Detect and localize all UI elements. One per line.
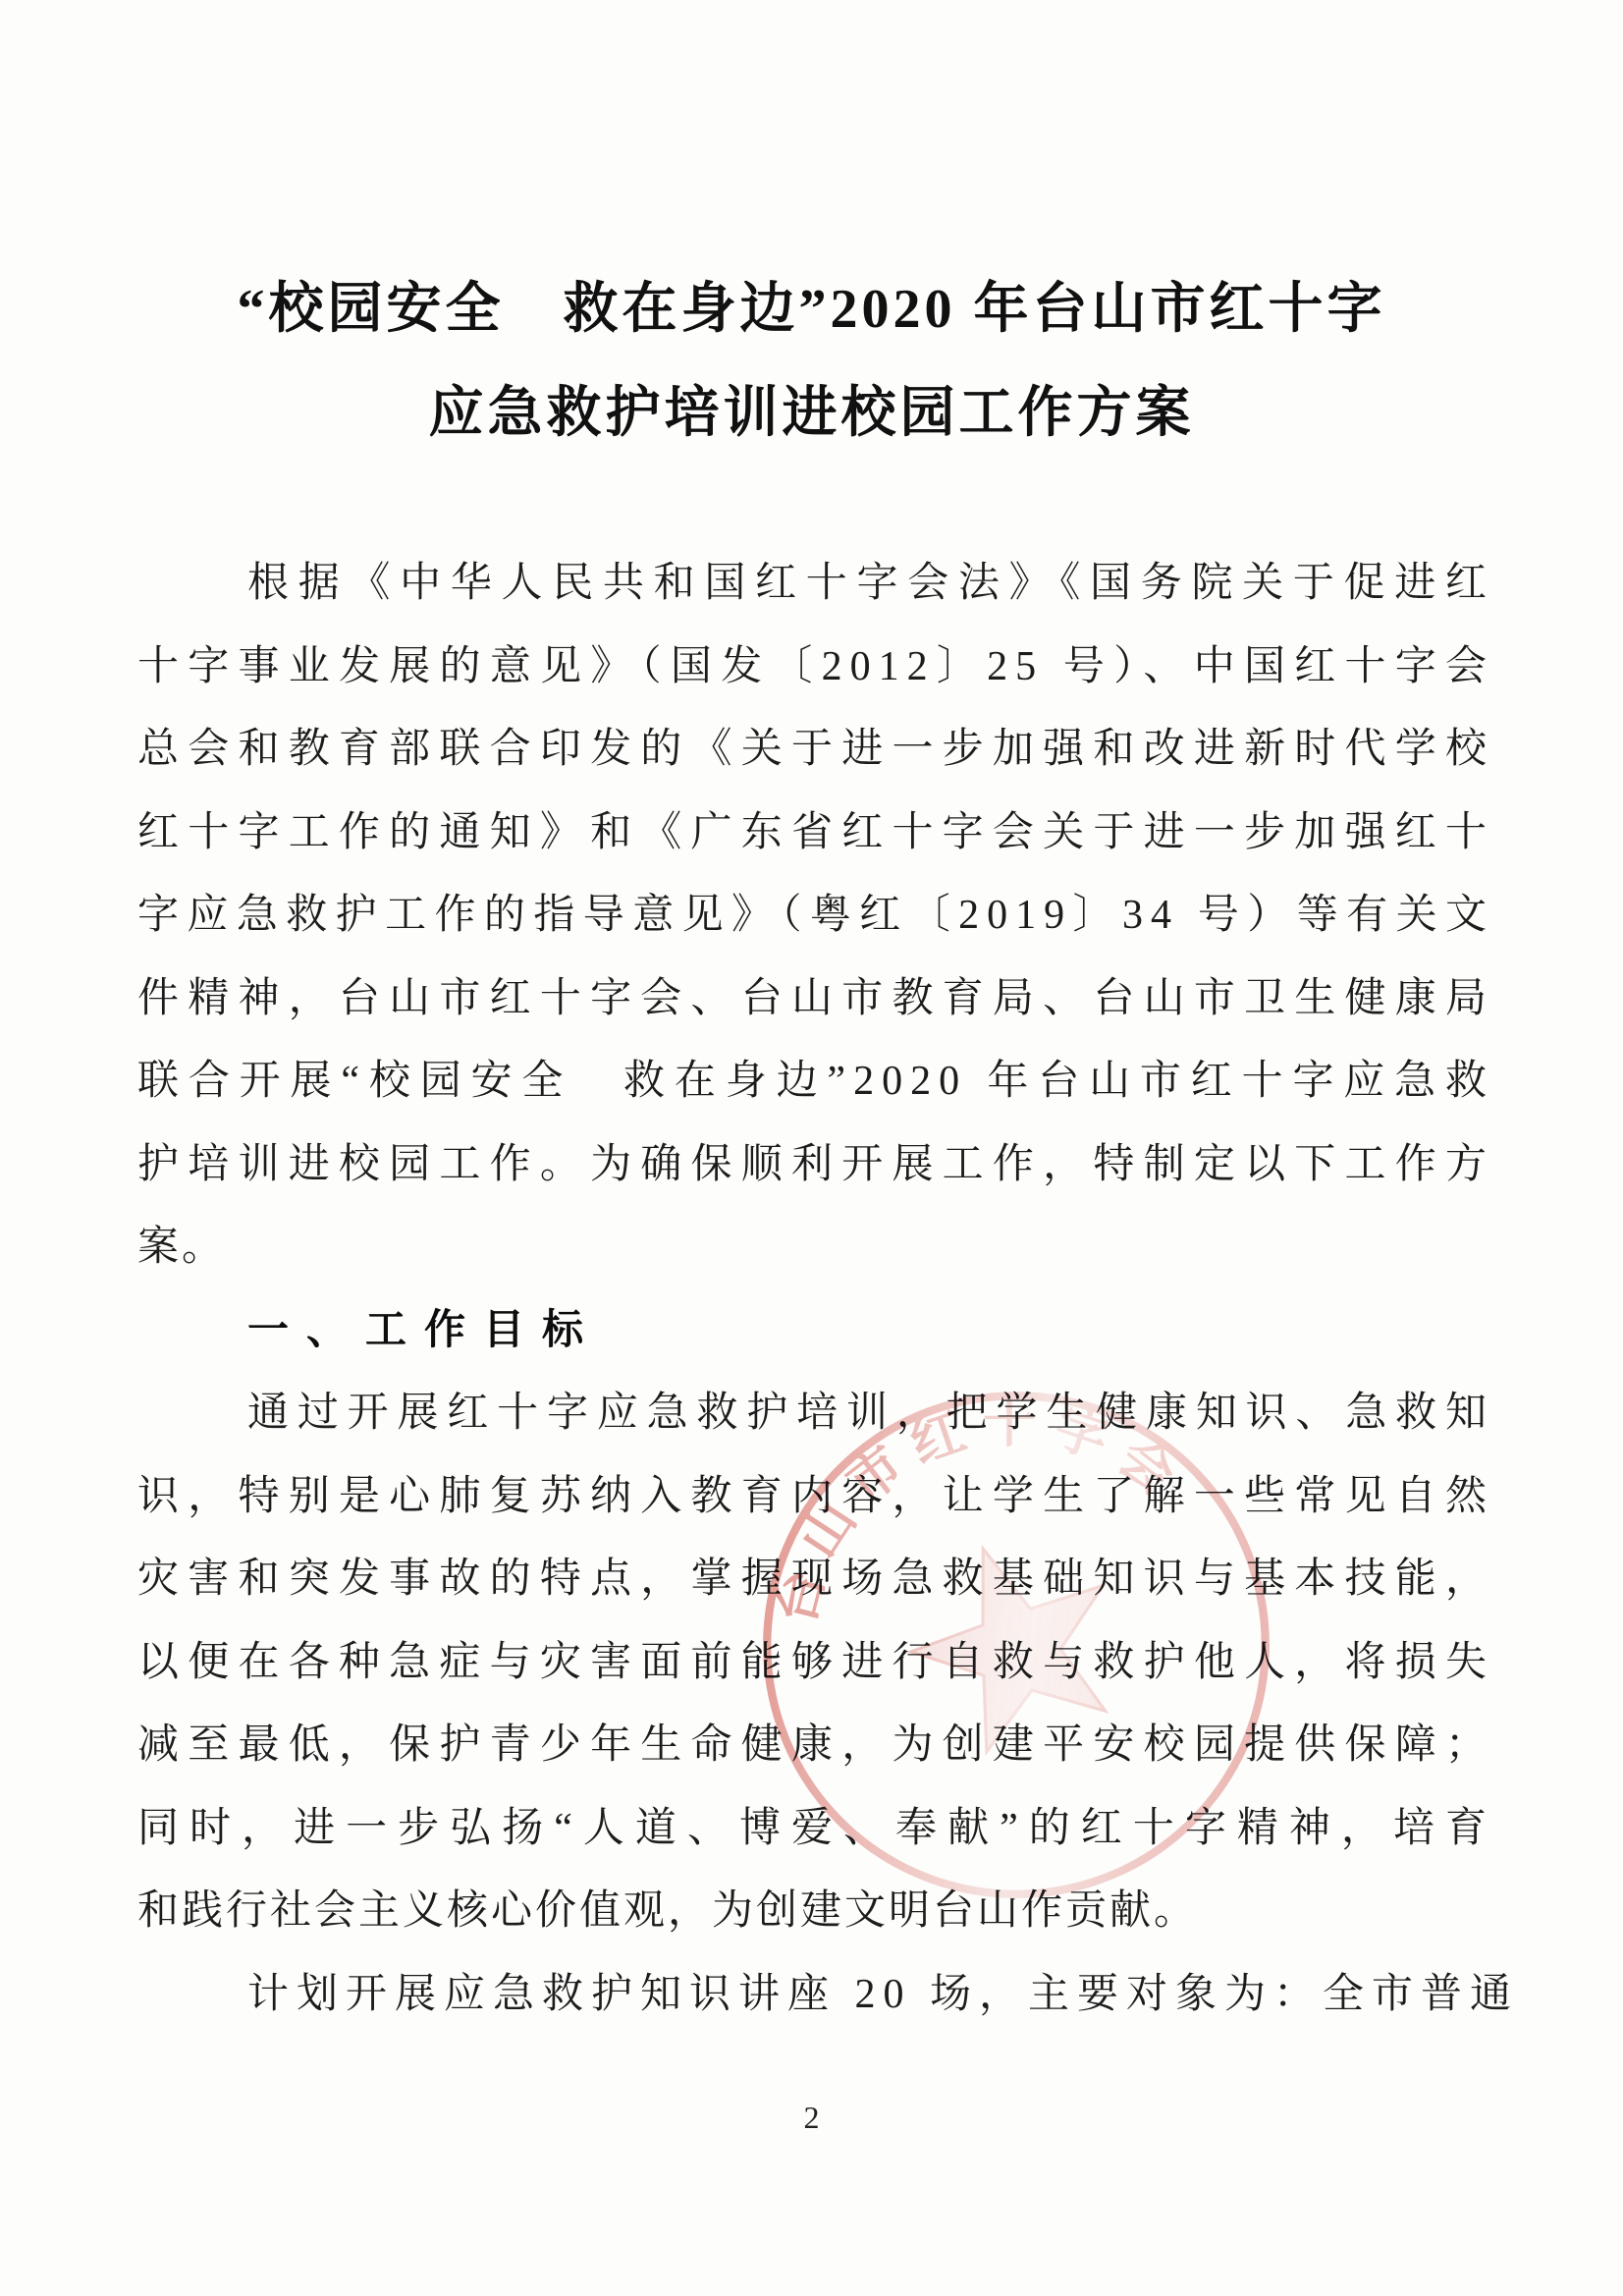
paragraph-line: 十字事业发展的意见》（国发〔2012〕25 号）、中国红十字会	[137, 626, 1494, 709]
document-title: “校园安全 救在身边”2020 年台山市红十字 应急救护培训进校园工作方案	[0, 257, 1623, 465]
paragraph-line: 计划开展应急救护知识讲座 20 场，主要对象为：全市普通	[137, 1953, 1494, 2037]
paragraph-line: 联合开展“校园安全 救在身边”2020 年台山市红十字应急救	[137, 1040, 1494, 1123]
document-page: “校园安全 救在身边”2020 年台山市红十字 应急救护培训进校园工作方案 根据…	[0, 0, 1623, 2296]
document-body: 根据《中华人民共和国红十字会法》《国务院关于促进红 十字事业发展的意见》（国发〔…	[137, 542, 1494, 2036]
paragraph-line: 案。	[137, 1206, 1494, 1289]
paragraph-line: 护培训进校园工作。为确保顺利开展工作，特制定以下工作方	[137, 1123, 1494, 1207]
paragraph-line: 根据《中华人民共和国红十字会法》《国务院关于促进红	[137, 542, 1494, 626]
paragraph-line: 同时，进一步弘扬“人道、博爱、奉献”的红十字精神，培育	[137, 1787, 1494, 1871]
paragraph-line: 灾害和突发事故的特点，掌握现场急救基础知识与基本技能，	[137, 1538, 1494, 1621]
paragraph-line: 通过开展红十字应急救护培训，把学生健康知识、急救知	[137, 1372, 1494, 1455]
paragraph-line: 红十字工作的通知》和《广东省红十字会关于进一步加强红十	[137, 792, 1494, 875]
paragraph-line: 件精神，台山市红十字会、台山市教育局、台山市卫生健康局	[137, 957, 1494, 1041]
paragraph-line: 减至最低，保护青少年生命健康，为创建平安校园提供保障；	[137, 1704, 1494, 1787]
title-line-1: “校园安全 救在身边”2020 年台山市红十字	[0, 257, 1623, 361]
paragraph-line: 识，特别是心肺复苏纳入教育内容，让学生了解一些常见自然	[137, 1455, 1494, 1539]
paragraph-line: 和践行社会主义核心价值观，为创建文明台山作贡献。	[137, 1870, 1494, 1953]
paragraph-line: 以便在各种急症与灾害面前能够进行自救与救护他人，将损失	[137, 1621, 1494, 1705]
section-heading: 一、工作目标	[137, 1289, 1494, 1373]
paragraph-line: 字应急救护工作的指导意见》（粤红〔2019〕34 号）等有关文	[137, 874, 1494, 957]
paragraph-line: 总会和教育部联合印发的《关于进一步加强和改进新时代学校	[137, 708, 1494, 792]
page-number: 2	[0, 2100, 1623, 2136]
title-line-2: 应急救护培训进校园工作方案	[0, 361, 1623, 465]
